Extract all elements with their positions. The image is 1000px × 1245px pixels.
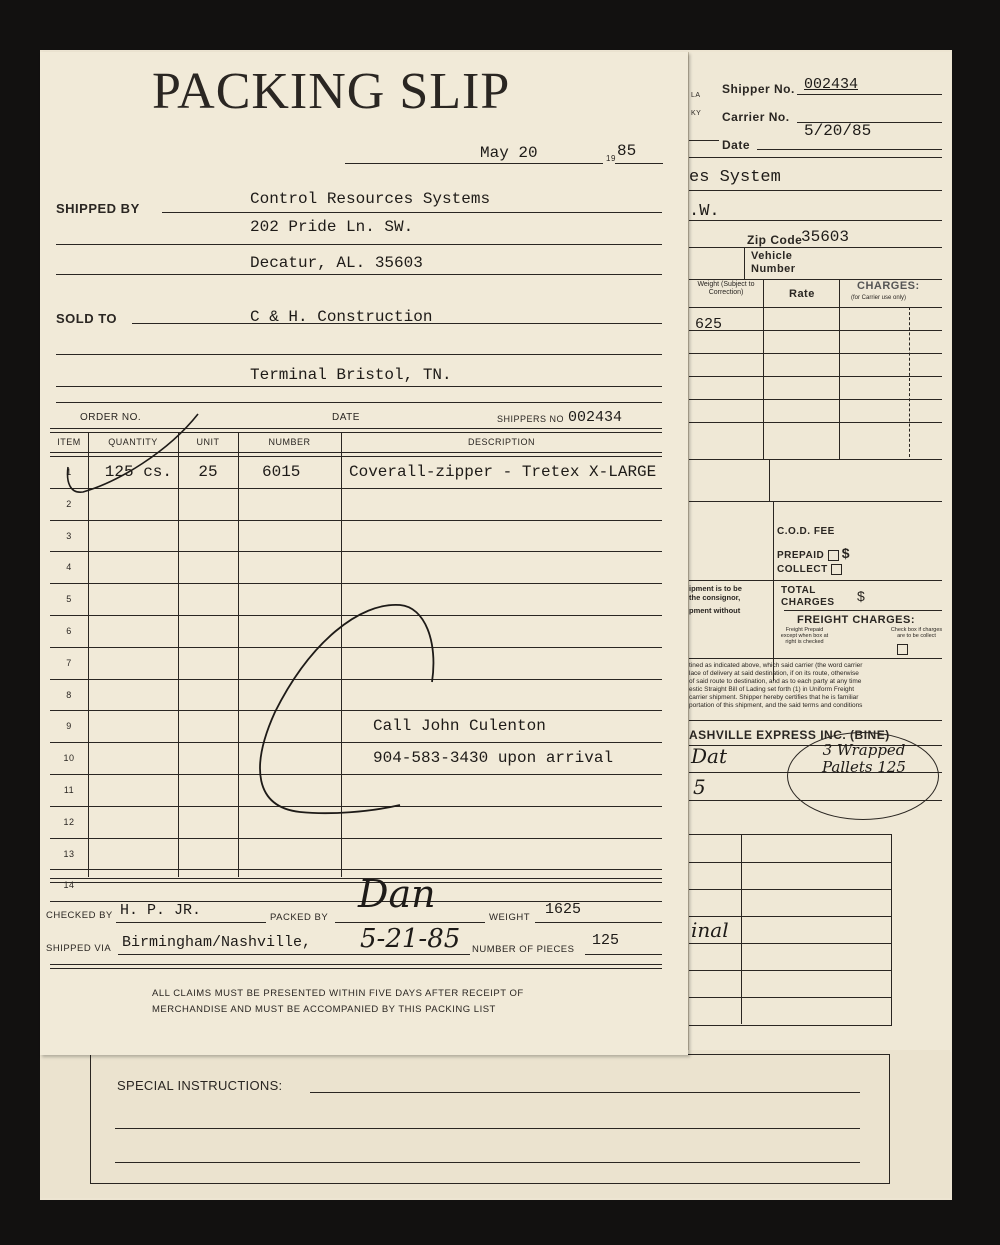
checked-by-label: CHECKED BY xyxy=(46,910,113,921)
shipped-via-value: Birmingham/Nashville, xyxy=(122,934,311,951)
order-date-label: DATE xyxy=(332,412,360,423)
handwritten-partial-1: Dat xyxy=(691,744,727,768)
check-box-note: Check box if charges are to be collect xyxy=(889,627,944,639)
prepaid-checkbox[interactable] xyxy=(828,550,839,561)
claims-notice-line1: ALL CLAIMS MUST BE PRESENTED WITHIN FIVE… xyxy=(152,988,524,999)
packed-by-signature: Dan xyxy=(358,872,436,916)
charges-header: CHARGES: xyxy=(857,280,920,292)
total-charges-dollar: $ xyxy=(857,588,865,604)
bol-date-label: Date xyxy=(722,138,750,152)
shippers-no-value: 002434 xyxy=(568,409,622,426)
row-item: 8 xyxy=(50,690,88,700)
shipped-by-line2: 202 Pride Ln. SW. xyxy=(250,218,413,236)
handwritten-partial-2: 5 xyxy=(693,775,706,799)
row-item: 12 xyxy=(50,817,88,827)
special-instructions-area: SPECIAL INSTRUCTIONS: xyxy=(40,1050,950,1198)
number-of-pieces-value: 125 xyxy=(592,932,619,949)
carrier-no-label: Carrier No. xyxy=(722,110,790,124)
table-row: 13 xyxy=(50,839,662,871)
packed-by-label: PACKED BY xyxy=(270,912,328,923)
sold-to-line3: Terminal Bristol, TN. xyxy=(250,366,452,384)
row-item: 3 xyxy=(50,531,88,541)
shippers-no-label: SHIPPERS NO xyxy=(497,414,564,424)
total-charges-label: TOTAL CHARGES xyxy=(781,585,851,609)
shipper-no-value: 002434 xyxy=(804,76,858,93)
consignor-text: ipment is to be the consignor, pment wit… xyxy=(689,584,771,615)
side-letter-ky: KY xyxy=(691,110,701,117)
zip-value: 35603 xyxy=(801,228,849,246)
page-title: PACKING SLIP xyxy=(152,62,510,121)
sold-to-label: SOLD TO xyxy=(56,311,117,326)
row-item: 4 xyxy=(50,562,88,572)
handwritten-partial-3: inal xyxy=(691,918,729,942)
slip-year: 85 xyxy=(617,142,636,160)
shipper-no-label: Shipper No. xyxy=(722,82,795,96)
col-description: DESCRIPTION xyxy=(341,437,662,447)
freight-collect-checkbox[interactable] xyxy=(897,644,908,655)
charges-subheader: (for Carrier use only) xyxy=(851,294,906,303)
handwritten-pallets-note: 3 Wrapped Pallets 125 xyxy=(814,742,914,776)
weight-label: WEIGHT xyxy=(489,912,530,923)
row-number: 6015 xyxy=(238,463,341,481)
table-row: 4 xyxy=(50,552,662,584)
handwritten-check-mark xyxy=(58,412,238,502)
packing-slip: PACKING SLIP May 20 19 85 SHIPPED BY Con… xyxy=(40,52,688,1055)
bill-of-lading: LA KY Shipper No. 002434 Carrier No. 5/2… xyxy=(688,52,951,1052)
row-item: 5 xyxy=(50,594,88,604)
special-instructions-label: SPECIAL INSTRUCTIONS: xyxy=(117,1078,282,1093)
special-instructions-box xyxy=(90,1054,890,1184)
row-item: 7 xyxy=(50,658,88,668)
bol-address-partial: .W. xyxy=(689,202,720,221)
rate-header: Rate xyxy=(789,288,815,300)
prepaid-label: PREPAID $ xyxy=(777,545,850,561)
shipped-by-label: SHIPPED BY xyxy=(56,201,140,216)
shipped-via-label: SHIPPED VIA xyxy=(46,943,111,954)
number-of-pieces-label: NUMBER OF PIECES xyxy=(472,944,575,955)
row-item: 13 xyxy=(50,849,88,859)
row-description: Coverall-zipper - Tretex X-LARGE xyxy=(341,463,662,481)
side-letter-la: LA xyxy=(691,92,701,99)
checked-by-value: H. P. JR. xyxy=(120,902,201,919)
row-item: 10 xyxy=(50,753,88,763)
freight-charges-label: FREIGHT CHARGES: xyxy=(797,614,915,626)
weight-header: Weight (Subject to Correction) xyxy=(691,281,761,297)
vehicle-number-label: Vehicle Number xyxy=(751,250,801,276)
row-item: 9 xyxy=(50,721,88,731)
row-item: 11 xyxy=(50,785,88,795)
shipped-by-line1: Control Resources Systems xyxy=(250,190,490,208)
collect-label: COLLECT xyxy=(777,564,842,575)
table-row: 14 xyxy=(50,870,662,902)
slip-date: May 20 xyxy=(480,144,538,162)
freight-prepaid-note: Freight Prepaid except when box at right… xyxy=(777,627,832,645)
weight-value: 1625 xyxy=(545,901,581,918)
col-number: NUMBER xyxy=(238,437,341,447)
bol-company-partial: es System xyxy=(689,168,781,187)
handwritten-c-mark xyxy=(250,602,450,822)
table-row: 3 xyxy=(50,521,662,553)
handwritten-ship-date: 5-21-85 xyxy=(360,924,460,954)
year-prefix: 19 xyxy=(606,154,616,163)
zip-label: Zip Code xyxy=(747,233,802,247)
row-item: 6 xyxy=(50,626,88,636)
legal-text: tined as indicated above, which said car… xyxy=(689,662,944,710)
shipped-by-line3: Decatur, AL. 35603 xyxy=(250,254,423,272)
claims-notice-line2: MERCHANDISE AND MUST BE ACCOMPANIED BY T… xyxy=(152,1004,496,1015)
bol-date-value: 5/20/85 xyxy=(804,122,871,140)
cod-fee-label: C.O.D. FEE xyxy=(777,526,835,537)
collect-checkbox[interactable] xyxy=(831,564,842,575)
